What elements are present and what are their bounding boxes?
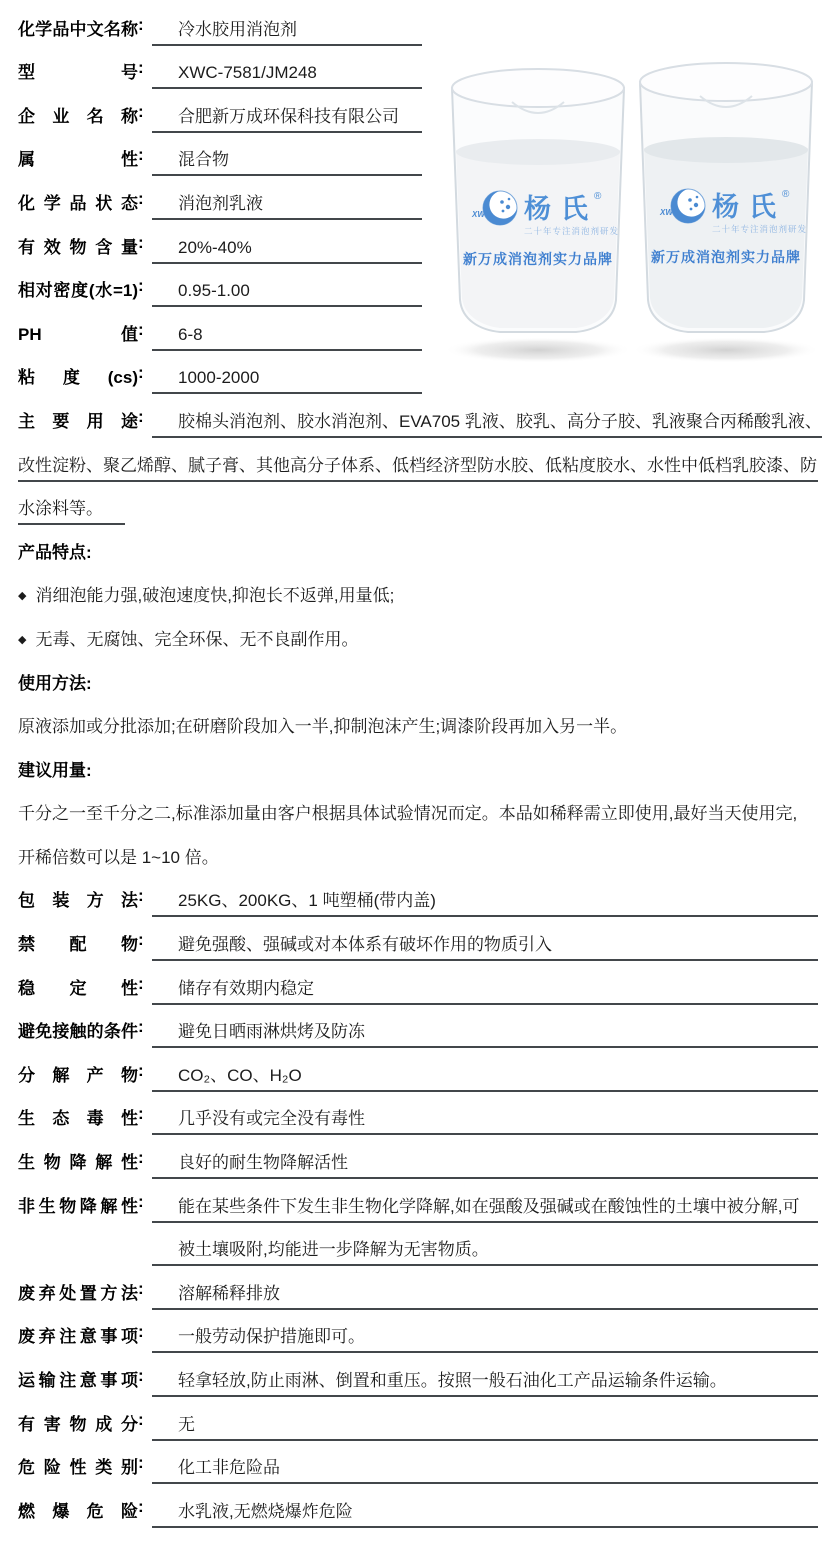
field-label: 企业名称: <box>18 102 152 133</box>
field-row: 有害物成分:无 <box>18 1397 818 1441</box>
field-label: 型号: <box>18 58 152 89</box>
field-label-text: 禁配物 <box>18 930 138 955</box>
field-label: 有效物含量: <box>18 233 152 264</box>
label-colon: : <box>138 1410 144 1435</box>
field-value: 6-8 <box>152 325 422 351</box>
field-label: 稳定性: <box>18 974 152 1005</box>
beaker-liquid-clear <box>644 148 808 328</box>
product-photo: XWC 杨氏 ® 二十年专注消泡剂研发 新万成消泡剂实力品牌 <box>438 44 824 378</box>
field-row: 禁配物:避免强酸、强碱或对本体系有破坏作用的物质引入 <box>18 917 818 961</box>
field-row: 有效物含量:20%-40% <box>18 220 422 264</box>
field-row: 稳定性:储存有效期内稳定 <box>18 961 818 1005</box>
field-label: 禁配物: <box>18 930 152 961</box>
field-label-text: 生态毒性 <box>18 1104 138 1129</box>
brand-slogan: 新万成消泡剂实力品牌 <box>651 249 801 265</box>
beaker-liquid-milky <box>456 150 620 328</box>
label-colon: : <box>138 1279 144 1304</box>
field-value: 化工非危险品 <box>152 1453 818 1484</box>
bullet-text: 消细泡能力强,破泡速度快,抑泡长不返弹,用量低; <box>35 581 394 612</box>
bullet-item: ◆无毒、无腐蚀、完全环保、无不良副作用。 <box>18 612 818 656</box>
field-label: 生物降解性: <box>18 1148 152 1179</box>
field-row: 运输注意事项:轻拿轻放,防止雨淋、倒置和重压。按照一般石油化工产品运输条件运输。 <box>18 1353 818 1397</box>
field-value: 良好的耐生物降解活性 <box>152 1148 818 1179</box>
field-label: 属性: <box>18 145 152 176</box>
field-label-text: 非生物降解性 <box>18 1192 138 1217</box>
field-row: 型号:XWC-7581/JM248 <box>18 46 422 90</box>
brand-abbr: XWC <box>659 208 679 217</box>
field-label-text: 废弃注意事项 <box>18 1322 138 1347</box>
field-row: 相对密度(水=1):0.95-1.00 <box>18 264 422 308</box>
field-row: 废弃处置方法:溶解稀释排放 <box>18 1266 818 1310</box>
label-colon: : <box>138 1017 144 1042</box>
field-row: 包装方法:25KG、200KG、1 吨塑桶(带内盖) <box>18 874 818 918</box>
field-label: 粘度(cs): <box>18 363 152 394</box>
line-row: 使用方法: <box>18 656 818 700</box>
field-value: 避免强酸、强碱或对本体系有破坏作用的物质引入 <box>152 930 818 961</box>
field-label: PH值: <box>18 320 152 351</box>
field-value: 一般劳动保护措施即可。 <box>152 1322 818 1353</box>
beaker-shadow <box>632 337 820 363</box>
line-row: 水涂料等。 <box>18 482 818 526</box>
field-label-text: 化学品中文名称 <box>18 15 138 40</box>
field-label: 废弃处置方法: <box>18 1279 152 1310</box>
line-row: 原液添加或分批添加;在研磨阶段加入一半,抑制泡沫产生;调漆阶段再加入另一半。 <box>18 700 818 744</box>
label-colon: : <box>138 189 144 214</box>
beakers-illustration: XWC 杨氏 ® 二十年专注消泡剂研发 新万成消泡剂实力品牌 <box>438 44 824 378</box>
liquid-surface <box>456 139 620 165</box>
field-label-text: 运输注意事项 <box>18 1366 138 1391</box>
bullet-text: 无毒、无腐蚀、完全环保、无不良副作用。 <box>35 625 358 656</box>
label-colon: : <box>138 1322 144 1347</box>
field-row: 废弃注意事项:一般劳动保护措施即可。 <box>18 1310 818 1354</box>
field-value-continuation: 被土壤吸附,均能进一步降解为无害物质。 <box>152 1235 818 1266</box>
field-label-text: 相对密度(水=1) <box>18 276 138 301</box>
liquid-surface <box>644 137 808 163</box>
diamond-bullet-icon: ◆ <box>18 589 35 612</box>
field-value: 混合物 <box>152 145 422 176</box>
beaker-right: XWC 杨氏 ® 二十年专注消泡剂研发 新万成消泡剂实力品牌 <box>632 63 820 363</box>
field-row: 主要用途:胶棉头消泡剂、胶水消泡剂、EVA705 乳液、胶乳、高分子胶、乳液聚合… <box>18 394 818 438</box>
field-value: 几乎没有或完全没有毒性 <box>152 1104 818 1135</box>
brand-tagline: 二十年专注消泡剂研发 <box>524 226 619 236</box>
field-row: 生态毒性:几乎没有或完全没有毒性 <box>18 1092 818 1136</box>
label-colon: : <box>138 1366 144 1391</box>
field-row: 生物降解性:良好的耐生物降解活性 <box>18 1135 818 1179</box>
label-colon: : <box>138 407 144 432</box>
field-label-text: 属性 <box>18 145 138 170</box>
field-value: 1000-2000 <box>152 368 422 394</box>
field-row: 企业名称:合肥新万成环保科技有限公司 <box>18 89 422 133</box>
field-label-text: 生物降解性 <box>18 1148 138 1173</box>
field-label: 生态毒性: <box>18 1104 152 1135</box>
field-row: 化学品中文名称:冷水胶用消泡剂 <box>18 2 422 46</box>
field-value-continuation: 改性淀粉、聚乙烯醇、腻子膏、其他高分子体系、低档经济型防水胶、低粘度胶水、水性中… <box>18 451 818 482</box>
field-value: 25KG、200KG、1 吨塑桶(带内盖) <box>152 886 818 917</box>
section-heading: 使用方法: <box>18 669 92 700</box>
field-label-text: 包装方法 <box>18 886 138 911</box>
field-value: 合肥新万成环保科技有限公司 <box>152 102 422 133</box>
beaker-rim <box>452 69 624 107</box>
brand-abbr: XWC <box>471 210 491 219</box>
field-label-text: 型号 <box>18 58 138 83</box>
field-row: 分解产物:CO₂、CO、H₂O <box>18 1048 818 1092</box>
field-label: 废弃注意事项: <box>18 1322 152 1353</box>
field-value: 消泡剂乳液 <box>152 189 422 220</box>
line-row: 产品特点: <box>18 525 818 569</box>
registered-mark-icon: ® <box>594 191 602 202</box>
field-label-text: 燃爆危险 <box>18 1497 138 1522</box>
field-label: 运输注意事项: <box>18 1366 152 1397</box>
field-label: 化学品中文名称: <box>18 15 152 46</box>
field-label: 化学品状态: <box>18 189 152 220</box>
field-row: 非生物降解性:能在某些条件下发生非生物化学降解,如在强酸及强碱或在酸蚀性的土壤中… <box>18 1179 818 1223</box>
field-label: 分解产物: <box>18 1061 152 1092</box>
field-value: 轻拿轻放,防止雨淋、倒置和重压。按照一般石油化工产品运输条件运输。 <box>152 1366 818 1397</box>
label-colon: : <box>138 1453 144 1478</box>
label-colon: : <box>138 974 144 999</box>
field-value: 无 <box>152 1410 818 1441</box>
label-colon: : <box>138 145 144 170</box>
field-label: 危险性类别: <box>18 1453 152 1484</box>
field-label-text: 有害物成分 <box>18 1410 138 1435</box>
field-label-text: 化学品状态 <box>18 189 138 214</box>
label-colon: : <box>138 276 144 301</box>
field-label: 相对密度(水=1): <box>18 276 152 307</box>
field-value: 胶棉头消泡剂、胶水消泡剂、EVA705 乳液、胶乳、高分子胶、乳液聚合丙稀酸乳液… <box>152 407 822 438</box>
line-row: 改性淀粉、聚乙烯醇、腻子膏、其他高分子体系、低档经济型防水胶、低粘度胶水、水性中… <box>18 438 818 482</box>
field-label-text: 粘度(cs) <box>18 363 138 388</box>
diamond-bullet-icon: ◆ <box>18 633 35 656</box>
field-label-text: PH值 <box>18 320 138 345</box>
beaker-shadow <box>444 337 632 363</box>
field-label-text: 分解产物 <box>18 1061 138 1086</box>
registered-mark-icon: ® <box>782 189 790 200</box>
label-colon: : <box>138 1192 144 1217</box>
beaker-rim <box>640 63 812 101</box>
paragraph: 原液添加或分批添加;在研磨阶段加入一半,抑制泡沫产生;调漆阶段再加入另一半。 <box>18 712 627 743</box>
field-label-text: 稳定性 <box>18 974 138 999</box>
field-row: 化学品状态:消泡剂乳液 <box>18 176 422 220</box>
brand-tagline: 二十年专注消泡剂研发 <box>712 224 807 234</box>
label-colon: : <box>138 58 144 83</box>
field-row: 属性:混合物 <box>18 133 422 177</box>
brand-slogan: 新万成消泡剂实力品牌 <box>463 251 613 267</box>
field-row: 避免接触的条件:避免日晒雨淋烘烤及防冻 <box>18 1005 818 1049</box>
line-row: 开稀倍数可以是 1~10 倍。 <box>18 830 818 874</box>
field-label-text: 废弃处置方法 <box>18 1279 138 1304</box>
label-colon: : <box>138 15 144 40</box>
field-label: 主要用途: <box>18 407 152 438</box>
field-label: 非生物降解性: <box>18 1192 152 1223</box>
line-row: 千分之一至千分之二,标准添加量由客户根据具体试验情况而定。本品如稀释需立即使用,… <box>18 787 818 831</box>
field-row: PH值:6-8 <box>18 307 422 351</box>
line-row: 建议用量: <box>18 743 818 787</box>
field-value: 避免日晒雨淋烘烤及防冻 <box>152 1017 818 1048</box>
section-heading: 产品特点: <box>18 538 92 569</box>
field-row: 危险性类别:化工非危险品 <box>18 1441 818 1485</box>
field-label: 包装方法: <box>18 886 152 917</box>
field-value-continuation: 水涂料等。 <box>18 494 125 525</box>
field-label-text: 避免接触的条件 <box>18 1017 138 1042</box>
product-spec-document: XWC 杨氏 ® 二十年专注消泡剂研发 新万成消泡剂实力品牌 <box>0 0 830 1542</box>
label-colon: : <box>138 886 144 911</box>
beaker-left: XWC 杨氏 ® 二十年专注消泡剂研发 新万成消泡剂实力品牌 <box>444 69 632 363</box>
label-colon: : <box>138 930 144 955</box>
paragraph: 千分之一至千分之二,标准添加量由客户根据具体试验情况而定。本品如稀释需立即使用,… <box>18 799 797 830</box>
paragraph: 开稀倍数可以是 1~10 倍。 <box>18 843 219 874</box>
field-label: 燃爆危险: <box>18 1497 152 1528</box>
label-colon: : <box>138 1497 144 1522</box>
field-value: 冷水胶用消泡剂 <box>152 15 422 46</box>
field-value: 能在某些条件下发生非生物化学降解,如在强酸及强碱或在酸蚀性的土壤中被分解,可 <box>152 1192 818 1223</box>
field-row: 燃爆危险:水乳液,无燃烧爆炸危险 <box>18 1484 818 1528</box>
field-label-text: 有效物含量 <box>18 233 138 258</box>
field-value: 20%-40% <box>152 238 422 264</box>
brand-name: 杨氏 <box>712 192 786 222</box>
label-colon: : <box>138 233 144 258</box>
label-colon: : <box>138 320 144 345</box>
field-value: 0.95-1.00 <box>152 281 422 307</box>
field-label: 有害物成分: <box>18 1410 152 1441</box>
label-colon: : <box>138 102 144 127</box>
bullet-item: ◆消细泡能力强,破泡速度快,抑泡长不返弹,用量低; <box>18 569 818 613</box>
label-colon: : <box>138 1148 144 1173</box>
field-value: 溶解稀释排放 <box>152 1279 818 1310</box>
field-label: 避免接触的条件: <box>18 1017 152 1048</box>
field-value: 水乳液,无燃烧爆炸危险 <box>152 1497 818 1528</box>
label-colon: : <box>138 1061 144 1086</box>
field-label-text: 主要用途 <box>18 407 138 432</box>
label-colon: : <box>138 363 144 388</box>
line-row: 被土壤吸附,均能进一步降解为无害物质。 <box>18 1223 818 1267</box>
field-label-text: 危险性类别 <box>18 1453 138 1478</box>
field-value: 储存有效期内稳定 <box>152 974 818 1005</box>
field-value: XWC-7581/JM248 <box>152 63 422 89</box>
field-label-text: 企业名称 <box>18 102 138 127</box>
field-value: CO₂、CO、H₂O <box>152 1061 818 1092</box>
section-heading: 建议用量: <box>18 756 92 787</box>
label-colon: : <box>138 1104 144 1129</box>
brand-name: 杨氏 <box>524 194 598 224</box>
field-row: 粘度(cs):1000-2000 <box>18 351 422 395</box>
